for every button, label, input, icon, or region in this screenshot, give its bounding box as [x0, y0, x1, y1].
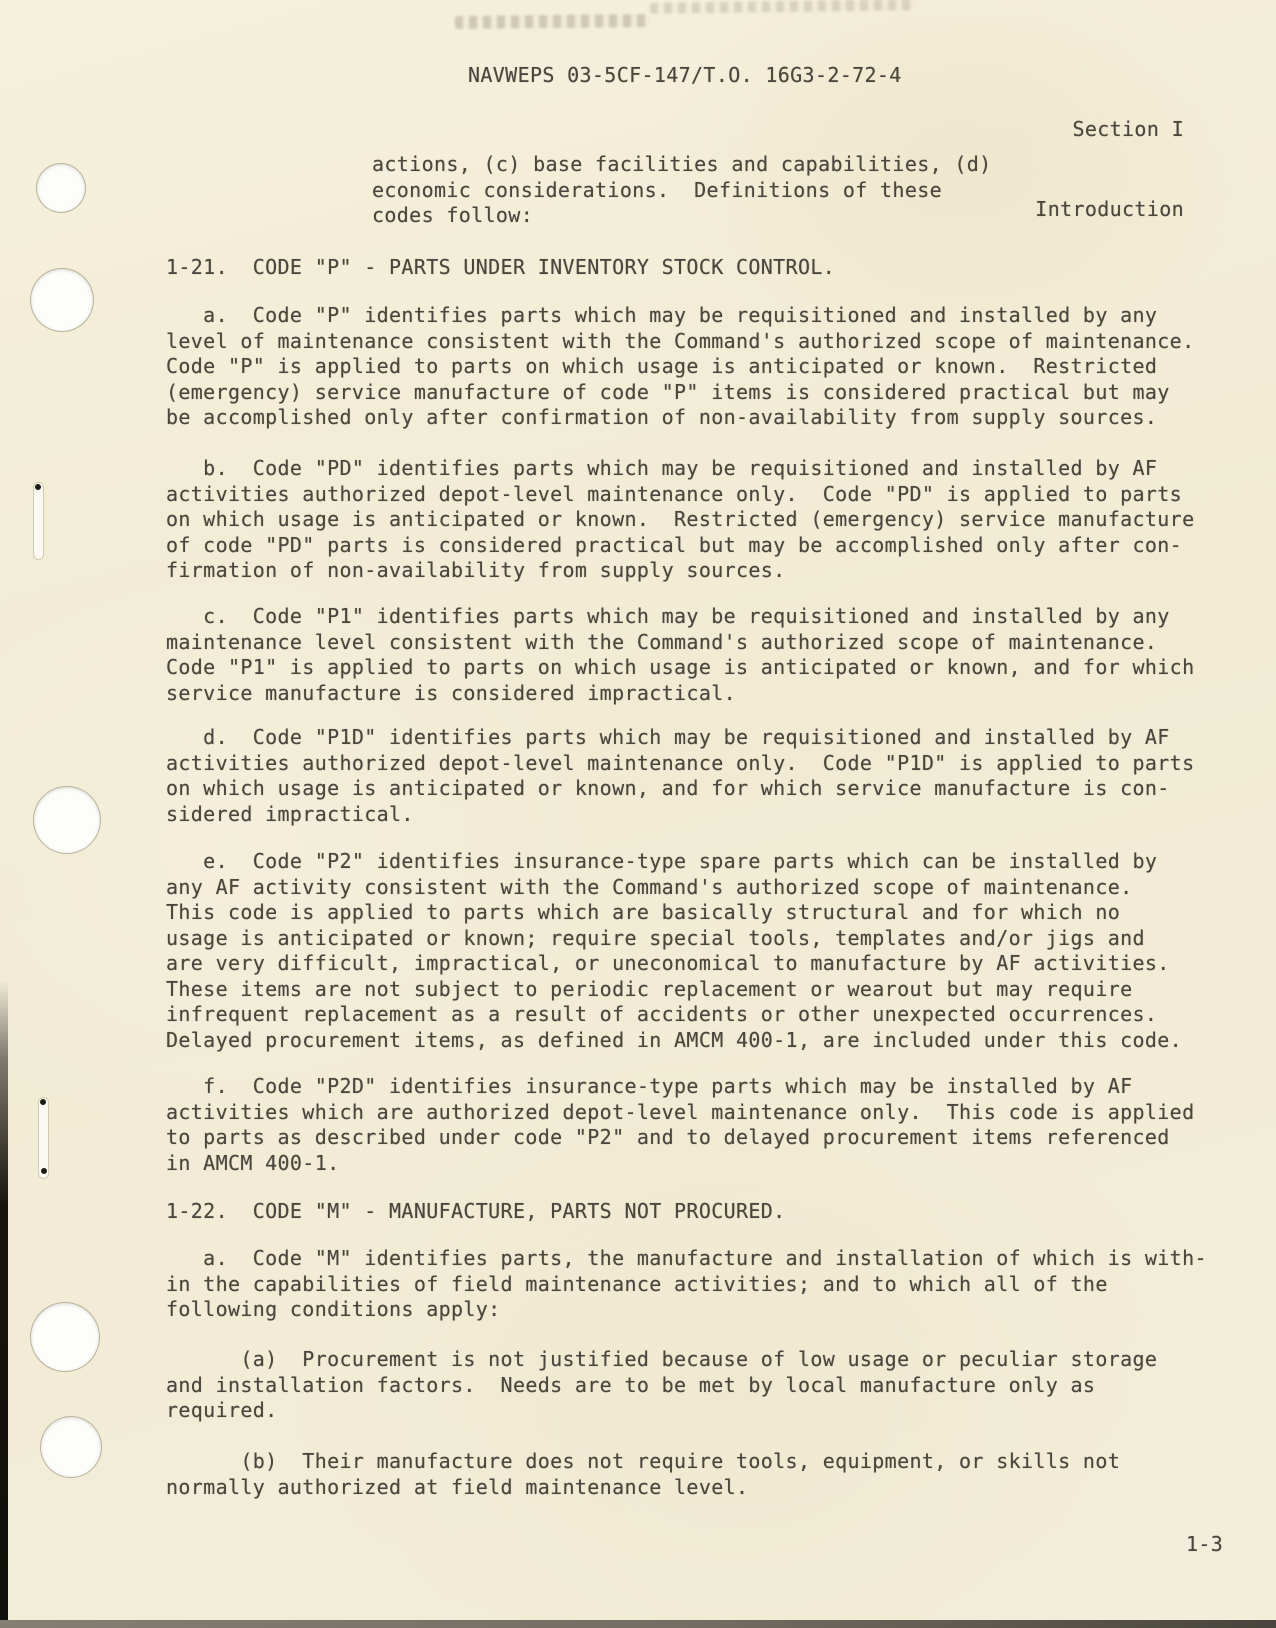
paragraph-1-22-a-sub-a: (a) Procurement is not justified because… — [166, 1347, 1157, 1424]
paragraph-1-21-f: f. Code "P2D" identifies insurance-type … — [166, 1074, 1194, 1176]
section-heading-1-22: 1-22. CODE "M" - MANUFACTURE, PARTS NOT … — [166, 1199, 786, 1225]
binding-slot-dot — [41, 1168, 47, 1174]
bleed-through-smudge — [650, 0, 915, 14]
section-label: Section I — [1035, 116, 1184, 143]
paragraph-1-21-b: b. Code "PD" identifies parts which may … — [166, 456, 1194, 584]
scanned-page: NAVWEPS 03-5CF-147/T.O. 16G3-2-72-4 Sect… — [0, 0, 1276, 1628]
section-title: Introduction — [1035, 196, 1184, 223]
punch-hole — [41, 1417, 101, 1477]
publication-number: NAVWEPS 03-5CF-147/T.O. 16G3-2-72-4 — [468, 63, 902, 89]
paragraph-1-22-a: a. Code "M" identifies parts, the manufa… — [166, 1246, 1207, 1323]
paragraph-1-21-d: d. Code "P1D" identifies parts which may… — [166, 725, 1194, 827]
bleed-through-smudge — [455, 14, 650, 29]
scan-edge-bottom — [0, 1620, 1276, 1628]
paragraph-1-22-a-sub-b: (b) Their manufacture does not require t… — [166, 1449, 1120, 1500]
section-header: Section I Introduction — [1035, 63, 1184, 275]
binding-slot — [34, 483, 43, 559]
paragraph-1-21-c: c. Code "P1" identifies parts which may … — [166, 604, 1194, 706]
paragraph-1-21-e: e. Code "P2" identifies insurance-type s… — [166, 849, 1182, 1053]
punch-hole — [31, 1303, 99, 1371]
punch-hole — [34, 787, 100, 853]
binding-slot-dot — [40, 1099, 46, 1105]
binding-slot — [39, 1098, 48, 1178]
binding-slot-dot — [35, 484, 41, 490]
section-heading-1-21: 1-21. CODE "P" - PARTS UNDER INVENTORY S… — [166, 255, 835, 281]
paragraph-1-21-a: a. Code "P" identifies parts which may b… — [166, 303, 1194, 431]
page-number: 1-3 — [1186, 1532, 1223, 1558]
continuation-paragraph: actions, (c) base facilities and capabil… — [372, 152, 992, 229]
punch-hole — [37, 164, 85, 212]
punch-hole — [31, 269, 93, 331]
scan-edge-left — [0, 980, 8, 1628]
